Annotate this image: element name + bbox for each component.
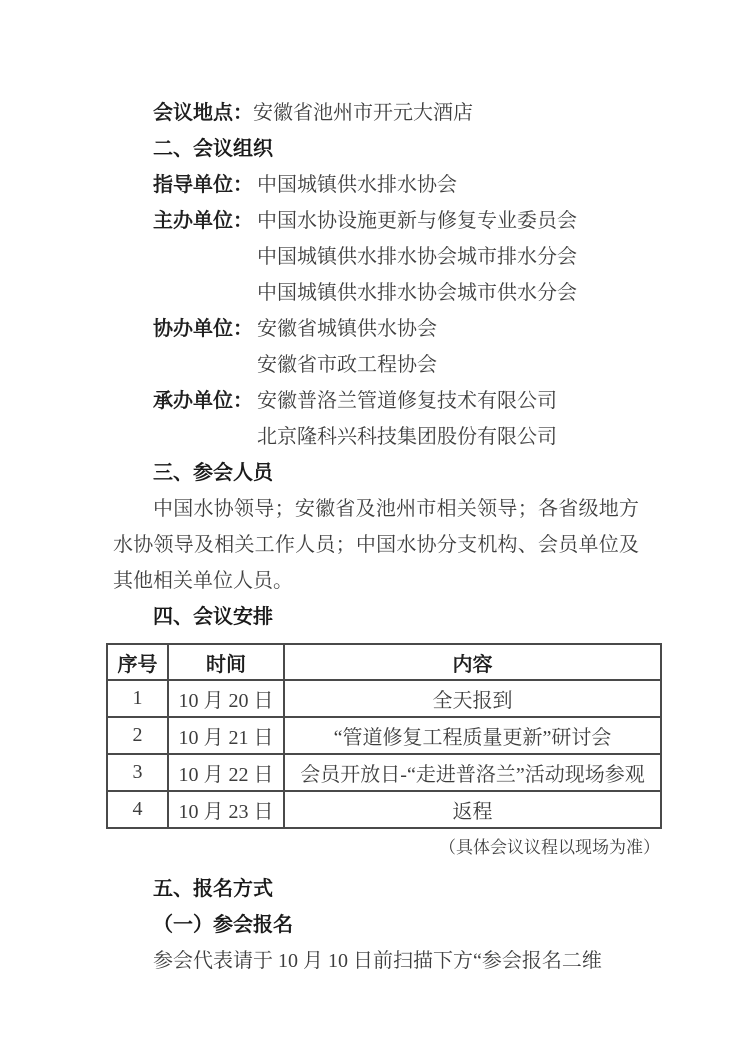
cell-seq: 1 (107, 680, 168, 717)
cell-content: 全天报到 (284, 680, 661, 717)
cell-seq: 3 (107, 754, 168, 791)
registration-paragraph: 参会代表请于 10 月 10 日前扫描下方“参会报名二维 (113, 943, 639, 979)
organizer-label: 主办单位： (153, 203, 255, 311)
organizer-block-guidance: 指导单位： 中国城镇供水排水协会 (153, 167, 638, 203)
venue-value: 安徽省池州市开元大酒店 (253, 102, 473, 124)
cell-seq: 4 (107, 791, 168, 828)
section-heading-organization: 二、会议组织 (153, 131, 638, 167)
table-row: 3 10 月 22 日 会员开放日-“走进普洛兰”活动现场参观 (107, 754, 661, 791)
table-row: 2 10 月 21 日 “管道修复工程质量更新”研讨会 (107, 717, 661, 754)
cell-seq: 2 (107, 717, 168, 754)
venue-line: 会议地点：安徽省池州市开元大酒店 (153, 95, 638, 131)
organizer-block-host: 主办单位： 中国水协设施更新与修复专业委员会 中国城镇供水排水协会城市排水分会 … (153, 203, 638, 311)
venue-label: 会议地点： (153, 102, 253, 124)
organizer-block-undertaker: 承办单位： 安徽普洛兰管道修复技术有限公司 北京隆科兴科技集团股份有限公司 (153, 383, 638, 455)
cell-content: 会员开放日-“走进普洛兰”活动现场参观 (284, 754, 661, 791)
schedule-note: （具体会议议程以现场为准） (106, 833, 660, 863)
cell-time: 10 月 20 日 (168, 680, 284, 717)
table-header-content: 内容 (284, 644, 661, 680)
organizer-label: 指导单位： (153, 167, 255, 203)
section-heading-participants: 三、参会人员 (153, 455, 638, 491)
organizer-block-coorganizer: 协办单位： 安徽省城镇供水协会 安徽省市政工程协会 (153, 311, 638, 383)
organizer-line: 中国城镇供水排水协会城市排水分会 (257, 239, 638, 275)
organizer-line: 中国城镇供水排水协会 (257, 167, 638, 203)
organizer-line: 北京隆科兴科技集团股份有限公司 (257, 419, 638, 455)
organizer-line: 中国城镇供水排水协会城市供水分会 (257, 275, 638, 311)
organizer-line: 中国水协设施更新与修复专业委员会 (257, 203, 638, 239)
table-header-row: 序号 时间 内容 (107, 644, 661, 680)
cell-time: 10 月 22 日 (168, 754, 284, 791)
section-heading-registration: 五、报名方式 (153, 871, 638, 907)
section-heading-schedule: 四、会议安排 (153, 599, 638, 635)
cell-time: 10 月 23 日 (168, 791, 284, 828)
table-row: 1 10 月 20 日 全天报到 (107, 680, 661, 717)
cell-content: 返程 (284, 791, 661, 828)
table-header-time: 时间 (168, 644, 284, 680)
schedule-table: 序号 时间 内容 1 10 月 20 日 全天报到 2 10 月 21 日 “管… (106, 643, 662, 829)
organizer-line: 安徽普洛兰管道修复技术有限公司 (257, 383, 638, 419)
sub-heading-registration: （一）参会报名 (153, 907, 638, 943)
table-header-seq: 序号 (107, 644, 168, 680)
table-row: 4 10 月 23 日 返程 (107, 791, 661, 828)
organizer-line: 安徽省市政工程协会 (257, 347, 638, 383)
organizer-line: 安徽省城镇供水协会 (257, 311, 638, 347)
cell-content: “管道修复工程质量更新”研讨会 (284, 717, 661, 754)
participants-paragraph: 中国水协领导；安徽省及池州市相关领导；各省级地方水协领导及相关工作人员；中国水协… (113, 491, 639, 599)
document-page: 会议地点：安徽省池州市开元大酒店 二、会议组织 指导单位： 中国城镇供水排水协会… (0, 0, 750, 1060)
organizer-label: 协办单位： (153, 311, 255, 383)
organizer-label: 承办单位： (153, 383, 255, 455)
cell-time: 10 月 21 日 (168, 717, 284, 754)
